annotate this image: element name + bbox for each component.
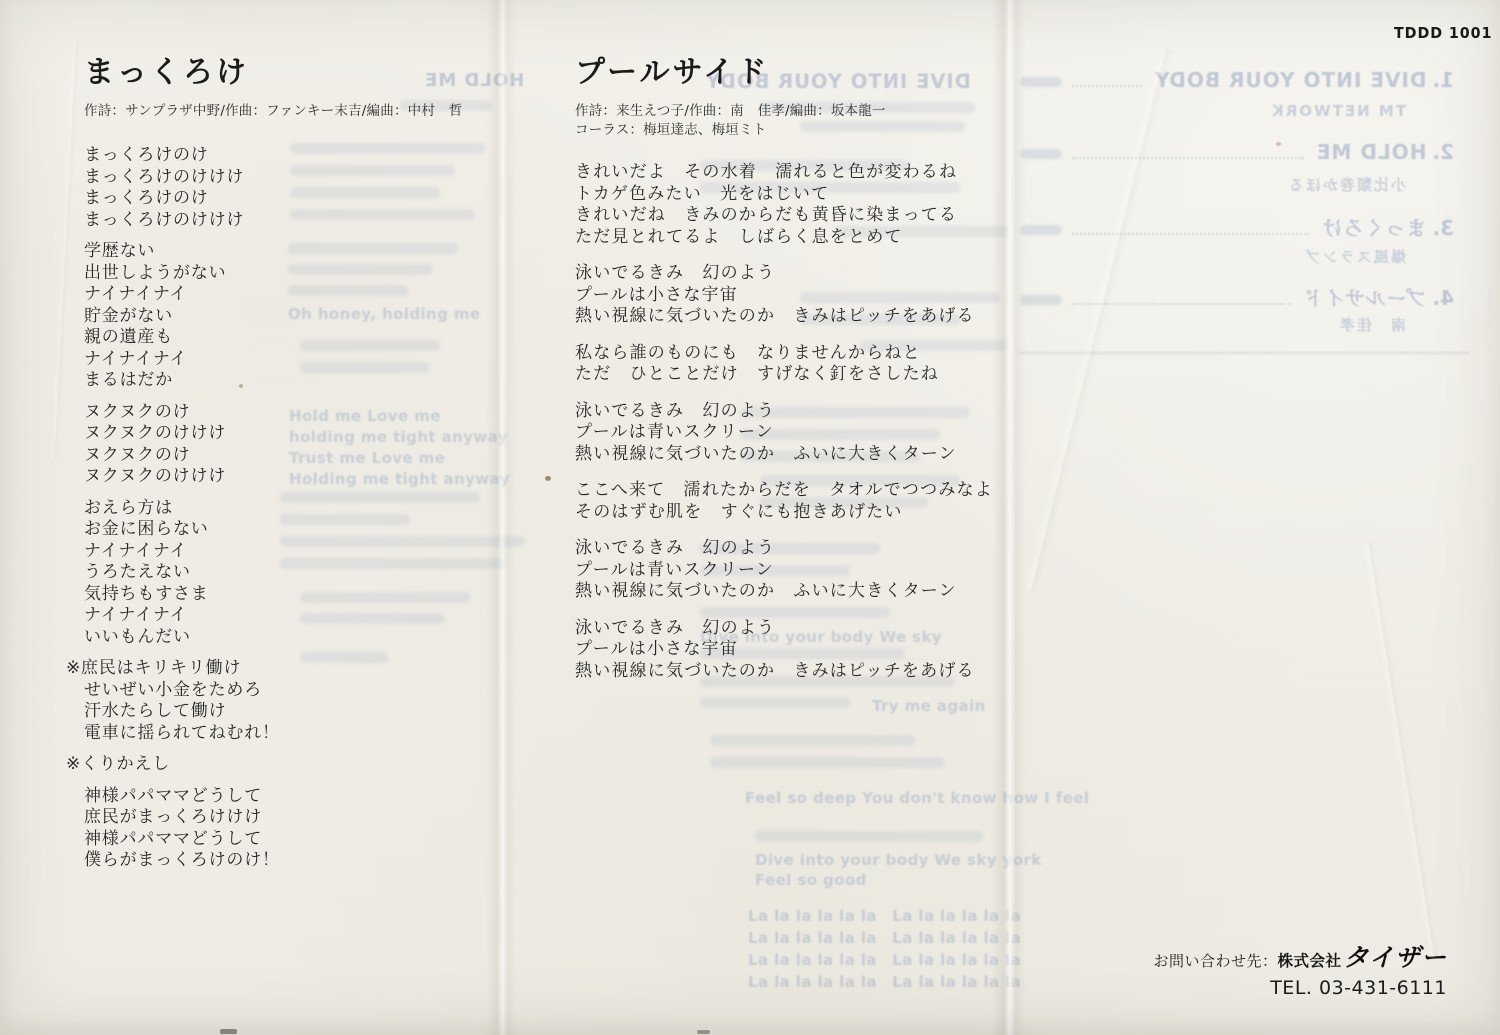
lyric-line: ただ見とれてるよ しばらく息をとめて — [575, 227, 1035, 249]
credit-line: 作詩：サンプラザ中野/作曲：ファンキー末吉/編曲：中村 哲 — [84, 102, 504, 121]
lyric-line: 熱い視線に気づいたのか ふいに大きくターン — [575, 444, 1035, 466]
lyric-line: 庶民がまっくろけけけ — [84, 807, 504, 829]
song-title: プールサイド — [575, 56, 1035, 90]
lyric-line: うろたえない — [84, 562, 504, 584]
lyric-line: 僕らがまっくろけのけ！ — [84, 850, 504, 872]
lyric-line: ナイナイナイ — [84, 605, 504, 627]
credit-line: コーラス：梅垣達志、梅垣ミト — [575, 121, 1035, 140]
lyric-line: 神様パパママどうして — [84, 829, 504, 851]
credit-line: 作詩：来生えつ子/作曲：南 佳孝/編曲：坂本龍一 — [575, 102, 1035, 121]
lyric-line: そのはずむ肌を すぐにも抱きあげたい — [575, 502, 1035, 524]
lyric-line: ここへ来て 濡れたからだを タオルでつつみなよ — [575, 480, 1035, 502]
stanza: 神様パパママどうして庶民がまっくろけけけ神様パパママどうして僕らがまっくろけのけ… — [84, 786, 504, 872]
stanza: ※くりかえし — [84, 754, 504, 776]
stanza: ここへ来て 濡れたからだを タオルでつつみなよそのはずむ肌を すぐにも抱きあげた… — [575, 480, 1035, 523]
lyric-line: 熱い視線に気づいたのか きみはピッチをあげる — [575, 661, 1035, 683]
lyric-line: プールは青いスクリーン — [575, 422, 1035, 444]
stanza: 泳いでるきみ 幻のようプールは小さな宇宙熱い視線に気づいたのか きみはピッチをあ… — [575, 263, 1035, 328]
contact-label: お問い合わせ先： — [1153, 950, 1277, 971]
lyric-line: まっくろけのけ — [84, 145, 504, 167]
lyric-line: 神様パパママどうして — [84, 786, 504, 808]
stanzas: きれいだよ その水着 濡れると色が変わるねトカゲ色みたい 光をはじいてきれいだね… — [575, 162, 1035, 682]
stanza: おえら方はお金に困らないナイナイナイうろたえない気持ちもすさまナイナイナイいいも… — [84, 498, 504, 649]
lyric-line: 泳いでるきみ 幻のよう — [575, 263, 1035, 285]
stanza: ※庶民はキリキリ働けせいぜい小金をためろ汗水たらして働け電車に揺られてねむれ！ — [84, 658, 504, 744]
song-title: まっくろけ — [84, 56, 504, 90]
lyric-line: 学歴ない — [84, 241, 504, 263]
stanza: 泳いでるきみ 幻のようプールは小さな宇宙熱い視線に気づいたのか きみはピッチをあ… — [575, 618, 1035, 683]
lyric-line: 出世しようがない — [84, 263, 504, 285]
lyric-line: ナイナイナイ — [84, 541, 504, 563]
lyric-line: 泳いでるきみ 幻のよう — [575, 618, 1035, 640]
lyric-line: お金に困らない — [84, 519, 504, 541]
lyric-line: きれいだよ その水着 濡れると色が変わるね — [575, 162, 1035, 184]
contact-company-name: 株式会社 — [1277, 949, 1341, 971]
lyric-line: 電車に揺られてねむれ！ — [84, 723, 504, 745]
song-credits: 作詩：サンプラザ中野/作曲：ファンキー末吉/編曲：中村 哲 — [84, 102, 504, 121]
stanzas: まっくろけのけまっくろけのけけけまっくろけのけまっくろけのけけけ学歴ない出世しよ… — [84, 145, 504, 872]
lyric-line: トカゲ色みたい 光をはじいて — [575, 184, 1035, 206]
lyric-line: いいもんだい — [84, 627, 504, 649]
stanza: まっくろけのけまっくろけのけけけまっくろけのけまっくろけのけけけ — [84, 145, 504, 231]
lyric-line: おえら方は — [84, 498, 504, 520]
lyric-line: まっくろけのけけけ — [84, 167, 504, 189]
lyric-line: きれいだね きみのからだも黄昏に染まってる — [575, 205, 1035, 227]
lyric-line: 汗水たらして働け — [84, 701, 504, 723]
song-column-poolside: プールサイド 作詩：来生えつ子/作曲：南 佳孝/編曲：坂本龍一コーラス：梅垣達志… — [575, 56, 1035, 697]
song-column-makkuroke: まっくろけ 作詩：サンプラザ中野/作曲：ファンキー末吉/編曲：中村 哲 まっくろ… — [84, 56, 504, 882]
stanza: 学歴ない出世しようがないナイナイナイ貯金がない親の遺産もナイナイナイまるはだか — [84, 241, 504, 392]
lyric-line: プールは小さな宇宙 — [575, 639, 1035, 661]
lyric-line: 泳いでるきみ 幻のよう — [575, 538, 1035, 560]
lyric-line: ナイナイナイ — [84, 349, 504, 371]
lyric-line: プールは小さな宇宙 — [575, 285, 1035, 307]
lyric-sheet-scan: { "page": { "catalog_number": "TDDD 1001… — [0, 0, 1500, 1035]
contact-telephone: TEL. 03-431-6111 — [1153, 977, 1447, 999]
lyric-line: まっくろけのけけけ — [84, 210, 504, 232]
lyric-line: ヌクヌクのけ — [84, 402, 504, 424]
lyric-line: 熱い視線に気づいたのか きみはピッチをあげる — [575, 306, 1035, 328]
catalog-number: TDDD 1001 — [1394, 24, 1492, 42]
lyric-line: 泳いでるきみ 幻のよう — [575, 401, 1035, 423]
lyric-line: 気持ちもすさま — [84, 584, 504, 606]
lyric-line: せいぜい小金をためろ — [84, 680, 504, 702]
lyric-line: ※庶民はキリキリ働け — [84, 658, 504, 680]
lyric-line: 私なら誰のものにも なりませんからねと — [575, 343, 1035, 365]
lyric-line: ヌクヌクのけけけ — [84, 466, 504, 488]
stanza: 泳いでるきみ 幻のようプールは青いスクリーン熱い視線に気づいたのか ふいに大きく… — [575, 538, 1035, 603]
lyric-line: プールは青いスクリーン — [575, 560, 1035, 582]
lyric-line: ※くりかえし — [84, 754, 504, 776]
lyric-line: ヌクヌクのけけけ — [84, 423, 504, 445]
lyric-line: 貯金がない — [84, 306, 504, 328]
lyric-line: まるはだか — [84, 370, 504, 392]
stanza: きれいだよ その水着 濡れると色が変わるねトカゲ色みたい 光をはじいてきれいだね… — [575, 162, 1035, 248]
contact-block: お問い合わせ先： 株式会社 タイザー TEL. 03-431-6111 — [1153, 938, 1447, 999]
stanza: 私なら誰のものにも なりませんからねとただ ひとことだけ すげなく釘をさしたね — [575, 343, 1035, 386]
song-credits: 作詩：来生えつ子/作曲：南 佳孝/編曲：坂本龍一コーラス：梅垣達志、梅垣ミト — [575, 102, 1035, 140]
stanza: 泳いでるきみ 幻のようプールは青いスクリーン熱い視線に気づいたのか ふいに大きく… — [575, 401, 1035, 466]
taizer-logo: タイザー — [1343, 938, 1447, 974]
lyric-line: まっくろけのけ — [84, 188, 504, 210]
lyric-line: ただ ひとことだけ すげなく釘をさしたね — [575, 364, 1035, 386]
contact-line: お問い合わせ先： 株式会社 タイザー — [1153, 938, 1447, 974]
lyric-line: ナイナイナイ — [84, 284, 504, 306]
stanza: ヌクヌクのけヌクヌクのけけけヌクヌクのけヌクヌクのけけけ — [84, 402, 504, 488]
lyric-line: ヌクヌクのけ — [84, 445, 504, 467]
lyric-line: 熱い視線に気づいたのか ふいに大きくターン — [575, 581, 1035, 603]
lyric-line: 親の遺産も — [84, 327, 504, 349]
